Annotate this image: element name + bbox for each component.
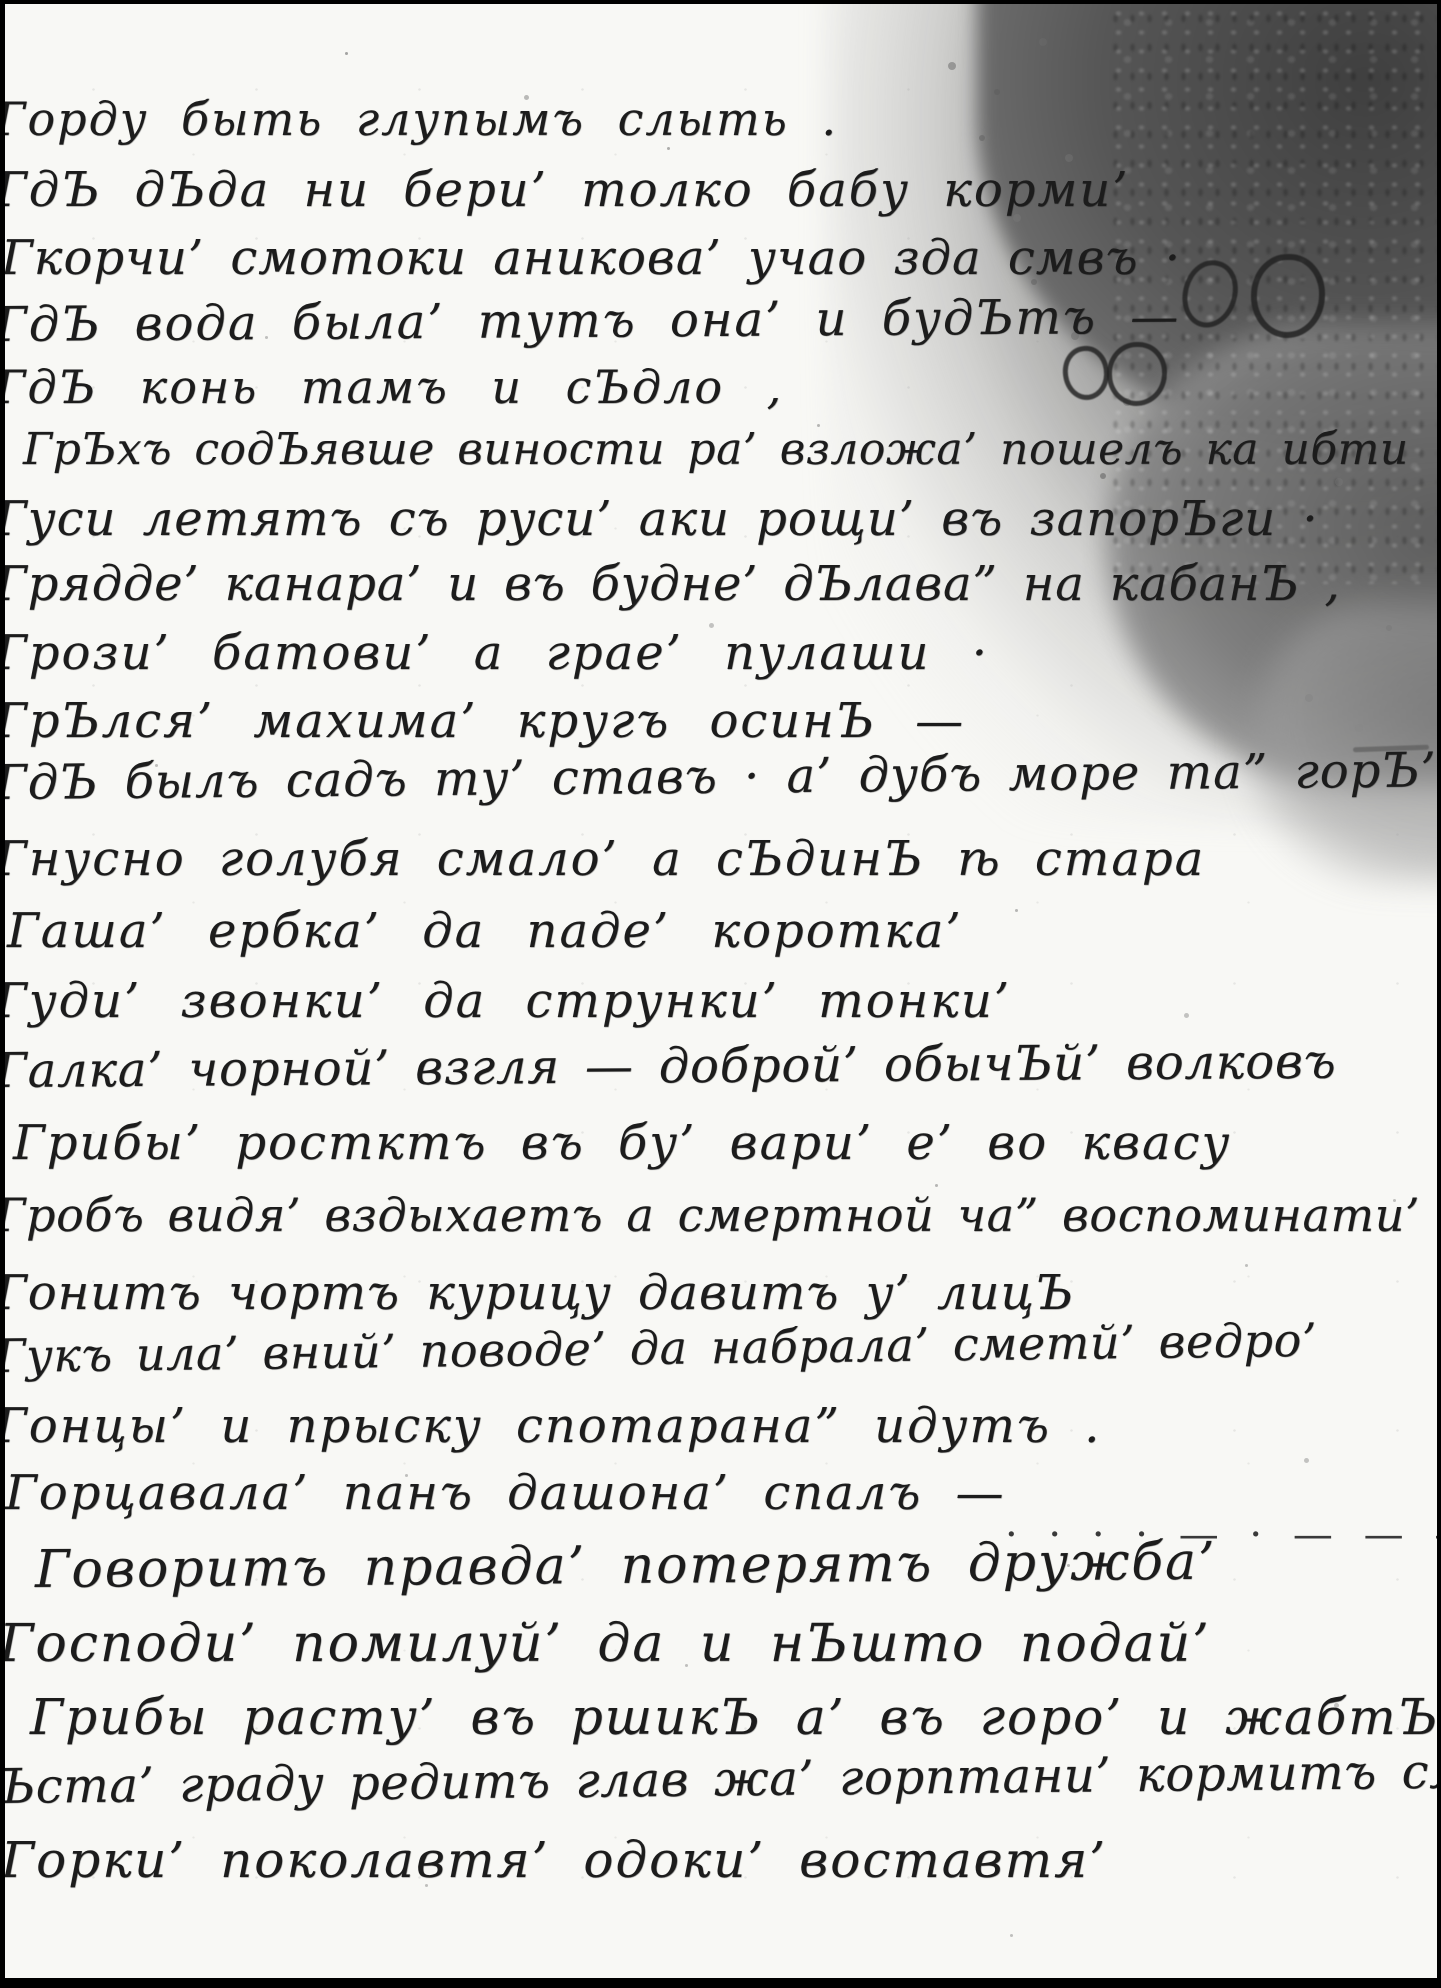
manuscript-line: Господи’ помилуй’ да и нЪшто подай’ — [5, 1614, 1211, 1674]
manuscript-line: Гукъ ила’ вний’ поводе’ да набрала’ смет… — [5, 1313, 1317, 1383]
manuscript-line: ГдЪ былъ садъ ту’ ставъ · а’ дубъ море т… — [5, 742, 1437, 811]
manuscript-line: Гуси летятъ съ руси’ аки рощи’ въ запорЪ… — [5, 491, 1319, 547]
manuscript-line: ГдЪ вода была’ тутъ она’ и будЪтъ — — [5, 289, 1180, 353]
manuscript-line: Гаша’ ербка’ да паде’ коротка’ — [7, 903, 963, 959]
manuscript-line: Грибы’ ростктъ въ бу’ вари’ е’ во квасу — [13, 1115, 1231, 1171]
manuscript-line: Горду быть глупымъ слыть . — [5, 92, 838, 146]
ink-loop-flourish — [1107, 342, 1167, 406]
manuscript-line: ГрЪлся’ махима’ кругъ осинЪ — — [5, 693, 965, 749]
manuscript-line: Галка’ чорной’ взгля — доброй’ обычЪй’ в… — [5, 1034, 1337, 1099]
manuscript-line: Гкорчи’ смотоки аникова’ учао зда смвъ · — [5, 230, 1181, 286]
manuscript-line: ГдЪ дЪда ни бери’ толко бабу корми’ — [5, 162, 1129, 218]
manuscript-line: ГрЪхъ содЪявше виности ра’ взложа’ пошел… — [23, 424, 1409, 475]
manuscript-line: Гонцы’ и прыску спотарана” идутъ . — [5, 1398, 1101, 1454]
scanned-manuscript-screenshot: { "manuscript": { "ink_color": "#1c1c1c"… — [0, 0, 1441, 1988]
manuscript-page: Горду быть глупымъ слыть . ГдЪ дЪда ни б… — [5, 4, 1437, 1978]
manuscript-line: Грози’ батови’ а грае’ пулаши · — [5, 625, 989, 681]
manuscript-line: Горцавала’ панъ дашона’ спалъ — — [5, 1465, 1006, 1521]
manuscript-line: Ъста’ граду редитъ глав жа’ горптани’ ко… — [5, 1743, 1437, 1815]
manuscript-line: ГдЪ конь тамъ и сЪдло , — [5, 360, 783, 414]
ink-loop-flourish — [1251, 254, 1325, 338]
manuscript-line: Гуди’ звонки’ да струнки’ тонки’ — [5, 973, 1011, 1029]
manuscript-line: Гонитъ чортъ курицу давитъ у’ лицЪ — [5, 1265, 1074, 1321]
dotted-trail: · · · · — · — — — — [1005, 1512, 1437, 1558]
manuscript-line: Гнусно голубя смало’ а сЪдинЪ ѣ стара — [5, 831, 1205, 887]
manuscript-line: Грядде’ канара’ и въ будне’ дЪлава” на к… — [5, 556, 1341, 612]
manuscript-line: Гробъ видя’ вздыхаетъ а смертной ча” вос… — [5, 1188, 1437, 1242]
manuscript-line: Горки’ поколавтя’ одоки’ воставтя’ — [5, 1831, 1107, 1889]
manuscript-line: Грибы расту’ въ ршикЪ а’ въ горо’ и жабт… — [30, 1688, 1437, 1746]
